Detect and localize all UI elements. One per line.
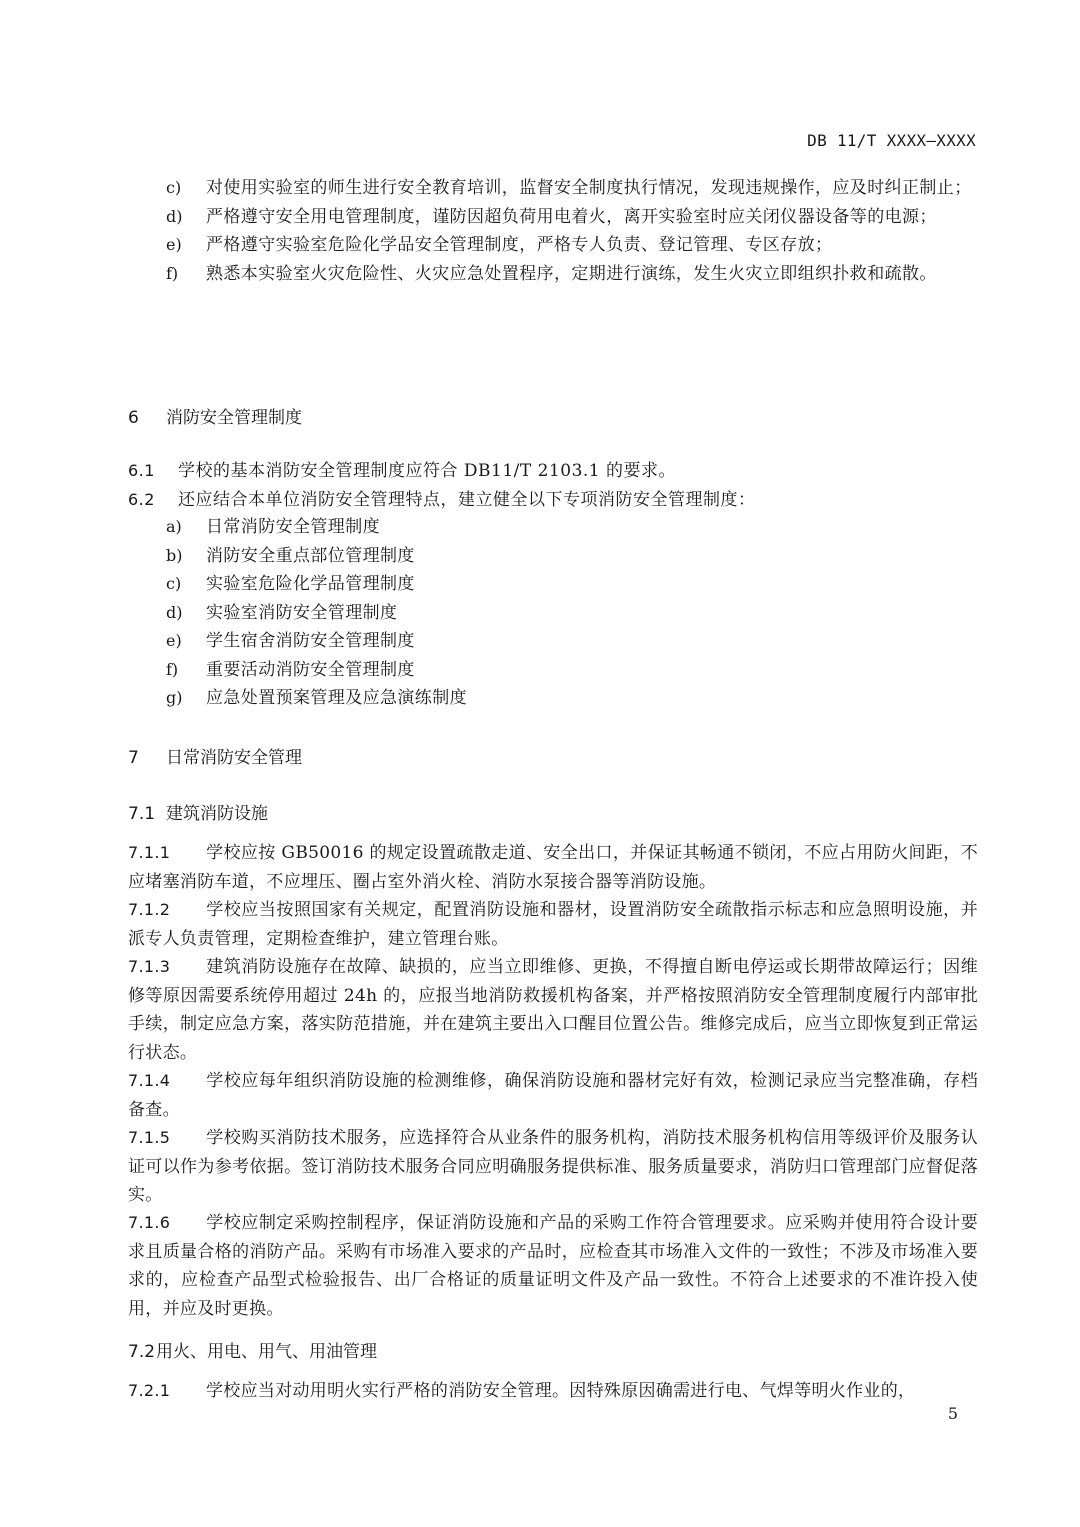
list-marker: d) (166, 599, 206, 628)
list-item-text: 严格遵守安全用电管理制度，谨防因超负荷用电着火，离开实验室时应关闭仪器设备等的电… (206, 203, 978, 232)
list-item: c)实验室危险化学品管理制度 (166, 570, 978, 599)
list-item: b)消防安全重点部位管理制度 (166, 542, 978, 571)
page-number: 5 (948, 1404, 958, 1423)
list-item: f)重要活动消防安全管理制度 (166, 656, 978, 685)
section-7-heading: 7日常消防安全管理 (128, 743, 302, 768)
list-marker: f) (166, 656, 206, 685)
list-item-text: 重要活动消防安全管理制度 (206, 656, 978, 685)
list-item: a)日常消防安全管理制度 (166, 513, 978, 542)
clause-number: 7.1.1 (128, 839, 206, 868)
section-6-heading: 6消防安全管理制度 (128, 403, 302, 428)
clause-7-1-5: 7.1.5学校购买消防技术服务，应选择符合从业条件的服务机构，消防技术服务机构信… (128, 1124, 978, 1210)
clause-6-2: 6.2还应结合本单位消防安全管理特点，建立健全以下专项消防安全管理制度： (128, 486, 756, 514)
section-title: 日常消防安全管理 (166, 748, 302, 768)
clause-text: 学校应制定采购控制程序，保证消防设施和产品的采购工作符合管理要求。应采购并使用符… (128, 1213, 978, 1319)
clause-7-1-3: 7.1.3建筑消防设施存在故障、缺损的，应当立即维修、更换，不得擅自断电停运或长… (128, 953, 978, 1067)
section6-list: a)日常消防安全管理制度 b)消防安全重点部位管理制度 c)实验室危险化学品管理… (166, 513, 978, 713)
list-marker: g) (166, 684, 206, 713)
list-item: d) 严格遵守安全用电管理制度，谨防因超负荷用电着火，离开实验室时应关闭仪器设备… (166, 203, 978, 232)
clause-7-2-1: 7.2.1学校应当对动用明火实行严格的消防安全管理。因特殊原因确需进行电、气焊等… (128, 1377, 978, 1406)
clause-number: 7.1.3 (128, 953, 206, 982)
clause-text: 学校应每年组织消防设施的检测维修，确保消防设施和器材完好有效，检测记录应当完整准… (128, 1071, 978, 1120)
list-item-text: 应急处置预案管理及应急演练制度 (206, 684, 978, 713)
clause-7-1-1: 7.1.1学校应按 GB50016 的规定设置疏散走道、安全出口，并保证其畅通不… (128, 839, 978, 896)
clause-text: 学校应当按照国家有关规定，配置消防设施和器材，设置消防安全疏散指示标志和应急照明… (128, 900, 978, 949)
list-marker: d) (166, 203, 206, 232)
list-marker: c) (166, 174, 206, 203)
list-marker: c) (166, 570, 206, 599)
list-item: c) 对使用实验室的师生进行安全教育培训，监督安全制度执行情况，发现违规操作，应… (166, 174, 978, 203)
list-item: f) 熟悉本实验室火灾危险性、火灾应急处置程序，定期进行演练，发生火灾立即组织扑… (166, 260, 978, 289)
subsection-7-2-heading: 7.2用火、用电、用气、用油管理 (128, 1337, 377, 1362)
clause-number: 7.1.2 (128, 896, 206, 925)
list-item-text: 严格遵守实验室危险化学品安全管理制度，严格专人负责、登记管理、专区存放； (206, 231, 978, 260)
list-item-text: 熟悉本实验室火灾危险性、火灾应急处置程序，定期进行演练，发生火灾立即组织扑救和疏… (206, 260, 978, 289)
clause-number: 7.1.6 (128, 1209, 206, 1238)
clause-7-1-4: 7.1.4学校应每年组织消防设施的检测维修，确保消防设施和器材完好有效，检测记录… (128, 1067, 978, 1124)
clause-text: 还应结合本单位消防安全管理特点，建立健全以下专项消防安全管理制度： (178, 490, 756, 510)
clause-text: 学校的基本消防安全管理制度应符合 DB11/T 2103.1 的要求。 (178, 461, 676, 481)
clause-6-1: 6.1学校的基本消防安全管理制度应符合 DB11/T 2103.1 的要求。 (128, 457, 676, 485)
section-title: 消防安全管理制度 (166, 408, 302, 428)
subsection-title: 用火、用电、用气、用油管理 (156, 1342, 377, 1362)
list-item-text: 对使用实验室的师生进行安全教育培训，监督安全制度执行情况，发现违规操作，应及时纠… (206, 174, 978, 203)
list-item-text: 实验室消防安全管理制度 (206, 599, 978, 628)
clause-text: 学校应当对动用明火实行严格的消防安全管理。因特殊原因确需进行电、气焊等明火作业的… (206, 1381, 915, 1401)
clause-text: 建筑消防设施存在故障、缺损的，应当立即维修、更换，不得擅自断电停运或长期带故障运… (128, 957, 978, 1063)
clause-number: 7.1.5 (128, 1124, 206, 1153)
clause-text: 学校购买消防技术服务，应选择符合从业条件的服务机构，消防技术服务机构信用等级评价… (128, 1128, 978, 1205)
subsection-number: 7.2 (128, 1342, 156, 1362)
list-marker: e) (166, 231, 206, 260)
section5-list: c) 对使用实验室的师生进行安全教育培训，监督安全制度执行情况，发现违规操作，应… (166, 174, 978, 288)
list-item-text: 日常消防安全管理制度 (206, 513, 978, 542)
list-item: e) 严格遵守实验室危险化学品安全管理制度，严格专人负责、登记管理、专区存放； (166, 231, 978, 260)
section-number: 7 (128, 748, 166, 768)
clause-number: 6.2 (128, 486, 178, 514)
list-marker: a) (166, 513, 206, 542)
list-item: g)应急处置预案管理及应急演练制度 (166, 684, 978, 713)
list-item-text: 消防安全重点部位管理制度 (206, 542, 978, 571)
clause-text: 学校应按 GB50016 的规定设置疏散走道、安全出口，并保证其畅通不锁闭，不应… (128, 843, 978, 892)
clause-7-1-2: 7.1.2学校应当按照国家有关规定，配置消防设施和器材，设置消防安全疏散指示标志… (128, 896, 978, 953)
section-number: 6 (128, 408, 166, 428)
document-code: DB 11/T XXXX—XXXX (807, 131, 976, 150)
list-item-text: 学生宿舍消防安全管理制度 (206, 627, 978, 656)
clause-7-1-6: 7.1.6学校应制定采购控制程序，保证消防设施和产品的采购工作符合管理要求。应采… (128, 1209, 978, 1323)
list-marker: e) (166, 627, 206, 656)
clause-number: 7.1.4 (128, 1067, 206, 1096)
clause-number: 7.2.1 (128, 1377, 206, 1406)
subsection-title: 建筑消防设施 (166, 804, 268, 824)
list-item: d)实验室消防安全管理制度 (166, 599, 978, 628)
clause-number: 6.1 (128, 457, 178, 485)
list-marker: b) (166, 542, 206, 571)
subsection-7-1-heading: 7.1建筑消防设施 (128, 799, 268, 824)
subsection-number: 7.1 (128, 804, 166, 824)
list-item: e)学生宿舍消防安全管理制度 (166, 627, 978, 656)
list-marker: f) (166, 260, 206, 289)
list-item-text: 实验室危险化学品管理制度 (206, 570, 978, 599)
